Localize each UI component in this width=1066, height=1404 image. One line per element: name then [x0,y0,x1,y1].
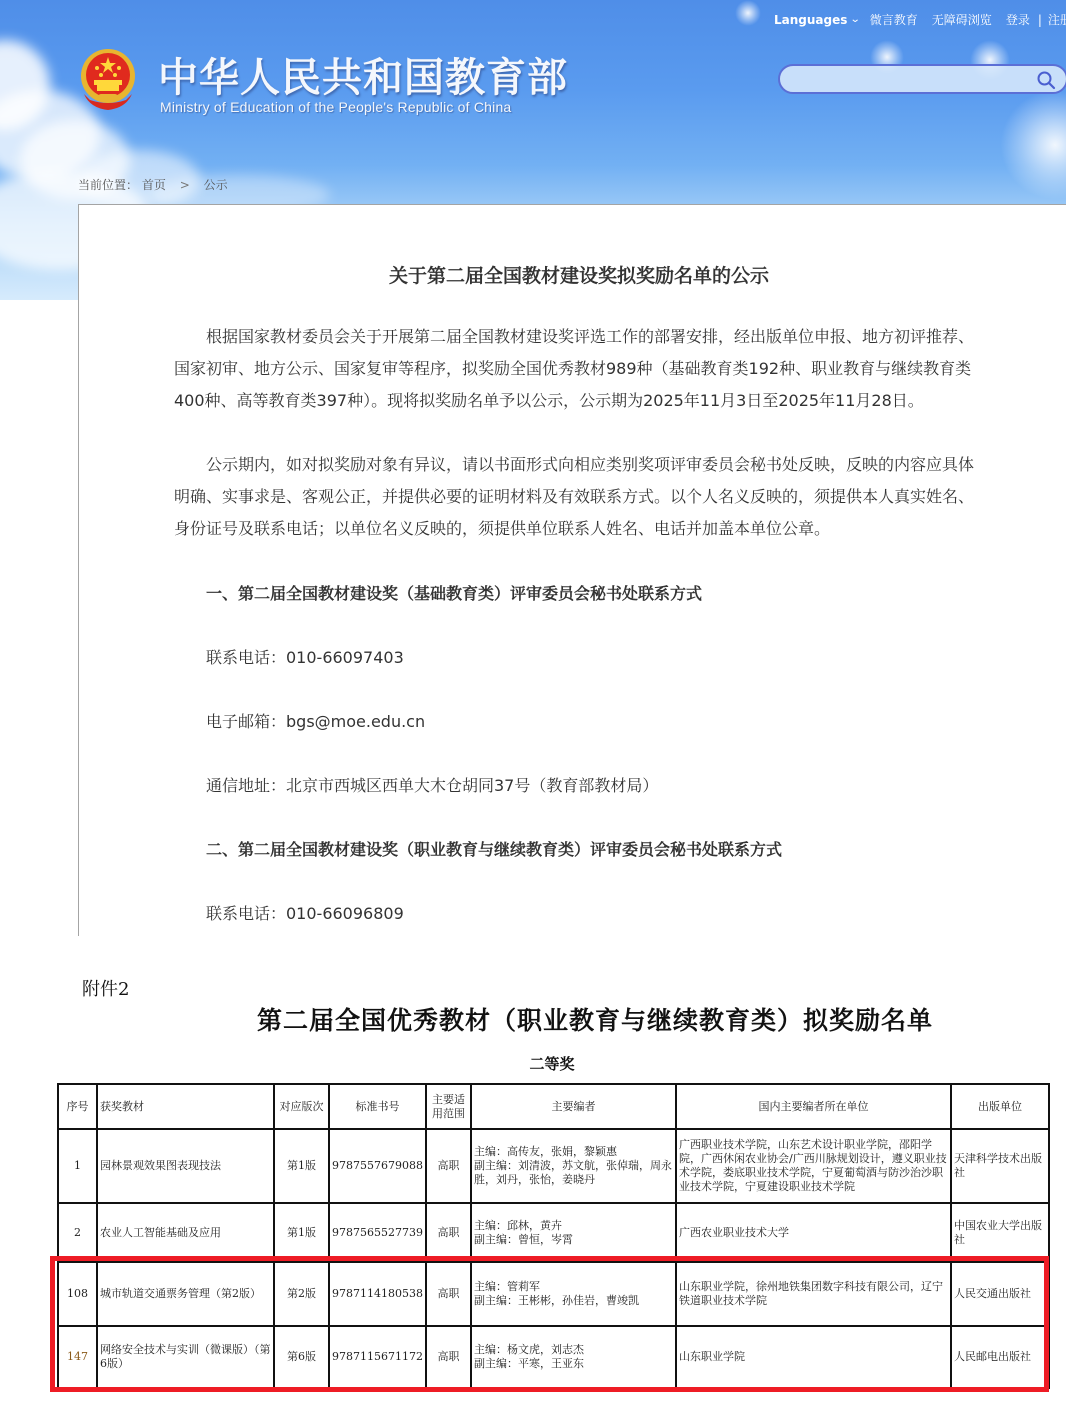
cell-isbn: 9787115671172 [329,1326,426,1388]
breadcrumb-label: 当前位置： [78,178,138,192]
accessibility-link[interactable]: 无障碍浏览 [932,11,992,28]
cell-publisher: 人民交通出版社 [951,1262,1049,1326]
contact-address-basic: 通信地址：北京市西城区西单大木仓胡同37号（教育部教材局） [206,773,658,796]
cell-edition: 第2版 [274,1262,329,1326]
cell-isbn: 9787565527739 [329,1203,426,1262]
site-title-en: Ministry of Education of the People's Re… [160,99,511,115]
col-header-scope: 主要适用范围 [426,1084,471,1129]
cell-title: 城市轨道交通票务管理（第2版） [97,1262,274,1326]
cell-edition: 第1版 [274,1129,329,1203]
login-link[interactable]: 登录 [1006,11,1030,28]
site-title-cn[interactable]: 中华人民共和国教育部 [158,46,568,103]
cell-title: 网络安全技术与实训（微课版）（第6版） [97,1326,274,1388]
top-nav: Languages ⌄ 微言教育 无障碍浏览 登录 | 注册 [774,11,1066,28]
cell-publisher: 天津科学技术出版社 [951,1129,1049,1203]
section-heading-basic: 一、第二届全国教材建设奖（基础教育类）评审委员会秘书处联系方式 [206,581,702,604]
col-header-no: 序号 [58,1084,97,1129]
cell-publisher: 人民邮电出版社 [951,1326,1049,1388]
col-header-institutions: 国内主要编者所在单位 [676,1084,951,1129]
col-header-publisher: 出版单位 [951,1084,1049,1129]
table-row: 1 园林景观效果图表现技法 第1版 9787557679088 高职 主编：高传… [58,1129,1049,1203]
cell-editors: 主编：管莉军 副主编：王彬彬，孙佳岩，曹竣凯 [471,1262,676,1326]
cell-institutions: 山东职业学院，徐州地铁集团数字科技有限公司，辽宁铁道职业技术学院 [676,1262,951,1326]
register-link[interactable]: 注册 [1048,11,1066,28]
cell-isbn: 9787114180538 [329,1262,426,1326]
breadcrumb-arrow-icon: > [180,178,190,192]
search-input[interactable] [792,70,1032,88]
cell-scope: 高职 [426,1129,471,1203]
col-header-title: 获奖教材 [97,1084,274,1129]
breadcrumb-home[interactable]: 首页 [142,178,166,192]
cell-editors: 主编：邱林，黄卉 副主编：曾恒，岑霄 [471,1203,676,1262]
breadcrumb-current[interactable]: 公示 [204,178,228,192]
cell-no: 2 [58,1203,97,1262]
cell-scope: 高职 [426,1203,471,1262]
col-header-editors: 主要编者 [471,1084,676,1129]
national-emblem-icon[interactable] [80,48,136,114]
contact-email-basic: 电子邮箱：bgs@moe.edu.cn [206,709,425,732]
cell-editors: 主编：杨文虎，刘志杰 副主编：平寒，王亚东 [471,1326,676,1388]
cell-edition: 第1版 [274,1203,329,1262]
table-row: 147 网络安全技术与实训（微课版）（第6版） 第6版 978711567117… [58,1326,1049,1388]
cell-scope: 高职 [426,1262,471,1326]
chevron-down-icon[interactable]: ⌄ [850,14,861,25]
attachment-title: 第二届全国优秀教材（职业教育与继续教育类）拟奖励名单 [0,1001,1066,1037]
cell-no: 147 [58,1326,97,1388]
cell-title: 农业人工智能基础及应用 [97,1203,274,1262]
cell-edition: 第6版 [274,1326,329,1388]
award-level-heading: 二等奖 [0,1053,1066,1074]
breadcrumb: 当前位置： 首页 > 公示 [78,176,228,193]
col-header-isbn: 标准书号 [329,1084,426,1129]
dandelion-decoration [1000,90,1066,200]
cell-institutions: 广西农业职业技术大学 [676,1203,951,1262]
table-row: 2 农业人工智能基础及应用 第1版 9787565527739 高职 主编：邱林… [58,1203,1049,1262]
languages-menu[interactable]: Languages [774,13,847,27]
cell-isbn: 9787557679088 [329,1129,426,1203]
table-row: 108 城市轨道交通票务管理（第2版） 第2版 9787114180538 高职… [58,1262,1049,1326]
paragraph-objection: 公示期内，如对拟奖励对象有异议，请以书面形式向相应类别奖项评审委员会秘书处反映，… [174,449,974,545]
contact-phone-basic: 联系电话：010-66097403 [206,645,404,668]
article-panel: 关于第二届全国教材建设奖拟奖励名单的公示 根据国家教材委员会关于开展第二届全国教… [78,204,1066,936]
awards-table: 序号 获奖教材 对应版次 标准书号 主要适用范围 主要编者 国内主要编者所在单位… [57,1083,1050,1389]
attachment-label: 附件2 [82,975,129,1001]
cell-no: 1 [58,1129,97,1203]
dandelion-decoration [735,0,761,26]
weiyan-link[interactable]: 微言教育 [870,11,918,28]
cell-editors: 主编：高传友，张娟，黎颖惠 副主编：刘清波，苏文航，张倬瑞，周永胜，刘丹，张怡，… [471,1129,676,1203]
cell-institutions: 广西职业技术学院，山东艺术设计职业学院，邵阳学院，广西休闲农业协会/广西川脉规划… [676,1129,951,1203]
cell-institutions: 山东职业学院 [676,1326,951,1388]
cell-no: 108 [58,1262,97,1326]
page-title: 关于第二届全国教材建设奖拟奖励名单的公示 [79,261,1066,288]
cell-publisher: 中国农业大学出版社 [951,1203,1049,1262]
cell-scope: 高职 [426,1326,471,1388]
contact-phone-vocational: 联系电话：010-66096809 [206,901,404,924]
search-box [778,64,1066,94]
cell-title: 园林景观效果图表现技法 [97,1129,274,1203]
search-icon[interactable] [1036,70,1056,90]
section-heading-vocational: 二、第二届全国教材建设奖（职业教育与继续教育类）评审委员会秘书处联系方式 [206,837,782,860]
col-header-edition: 对应版次 [274,1084,329,1129]
table-header-row: 序号 获奖教材 对应版次 标准书号 主要适用范围 主要编者 国内主要编者所在单位… [58,1084,1049,1129]
paragraph-intro: 根据国家教材委员会关于开展第二届全国教材建设奖评选工作的部署安排，经出版单位申报… [174,321,974,417]
nav-separator: | [1038,13,1042,27]
